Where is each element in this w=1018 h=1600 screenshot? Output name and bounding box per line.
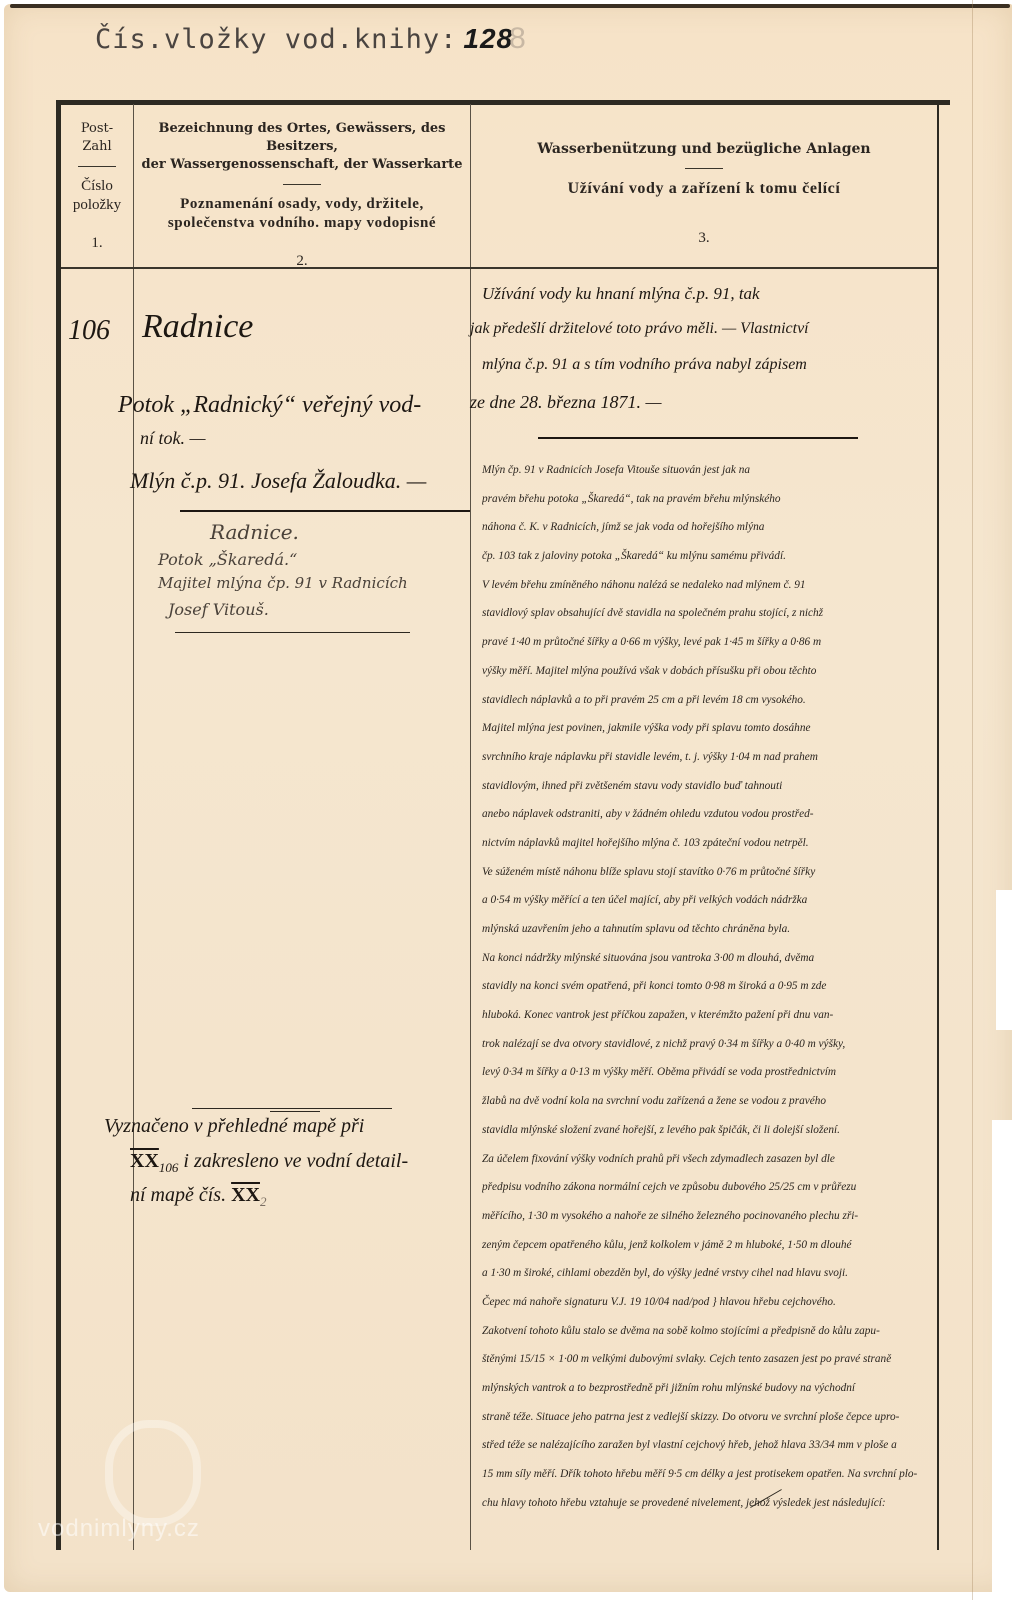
stream-name-line2: ní tok. — bbox=[140, 428, 206, 449]
description-line: Zakotvení tohoto kůlu stalo se dvěma na … bbox=[482, 1317, 932, 1346]
description-line: výšky měří. Majitel mlýna používá však v… bbox=[482, 657, 932, 686]
register-stamp: Čís.vložky vod.knihy:1288 bbox=[95, 22, 527, 56]
stamp-number: 128 bbox=[463, 23, 513, 54]
description-line: Za účelem fixování výšky vodních prahů p… bbox=[482, 1145, 932, 1174]
separator-line-accent bbox=[270, 1111, 320, 1112]
mill-underline bbox=[180, 510, 470, 512]
usage-line-4: ze dne 28. března 1871. — bbox=[470, 392, 662, 413]
table-top-border bbox=[58, 100, 950, 105]
page-tear bbox=[996, 890, 1018, 1030]
description-line: pravé 1·40 m průtočné šířky a 0·66 m výš… bbox=[482, 628, 932, 657]
description-line: nictvím náplavků majitel hořejšího mlýna… bbox=[482, 829, 932, 858]
col2-number: 2. bbox=[134, 253, 470, 270]
stamp-ghost-digit: 8 bbox=[509, 22, 527, 55]
column-header-2: Bezeichnung des Ortes, Gewässers, des Be… bbox=[134, 120, 470, 270]
description-line: trok nalézají se dva otvory stavidlové, … bbox=[482, 1030, 932, 1059]
description-line: a 0·54 m výšky měřící a ten účel mající,… bbox=[482, 886, 932, 915]
item-number: 106 bbox=[68, 315, 110, 347]
usage-underline bbox=[538, 437, 858, 439]
pencil-stream: Potok „Škaredá.“ bbox=[158, 550, 297, 569]
description-line: pravém břehu potoka „Škaredá“, tak na pr… bbox=[482, 485, 932, 514]
col1-czech: Číslo položky bbox=[67, 177, 127, 215]
page-tear bbox=[992, 1120, 1018, 1600]
header-dash bbox=[685, 168, 723, 169]
table-right-border bbox=[937, 104, 939, 1550]
col3-czech: Užívání vody a zařízení k tomu čelící bbox=[471, 179, 937, 198]
description-line: stavidlech náplavků a to při pravém 25 c… bbox=[482, 686, 932, 715]
description-line: stavidla mlýnské složení zvané hořejší, … bbox=[482, 1116, 932, 1145]
stream-name-line1: Potok „Radnický“ veřejný vod- bbox=[118, 392, 421, 419]
usage-line-2: jak předešlí držitelové toto právo měli.… bbox=[470, 320, 809, 338]
mill-owner: Mlýn č.p. 91. Josefa Žaloudka. — bbox=[130, 468, 426, 494]
description-line: Na konci nádržky mlýnské situována jsou … bbox=[482, 944, 932, 973]
detail-map-symbol: XX bbox=[231, 1184, 260, 1206]
col2-german-line2: der Wassergenossenschaft, der Wasserkart… bbox=[134, 156, 470, 174]
table-left-border bbox=[56, 100, 61, 1550]
description-line: hluboká. Konec vantrok jest příčkou zapa… bbox=[482, 1001, 932, 1030]
mill-description: Mlýn čp. 91 v Radnicích Josefa Vitouše s… bbox=[482, 456, 932, 1517]
description-line: stavidly na konci svém opatřená, při kon… bbox=[482, 972, 932, 1001]
map-note-line2: XX106 i zakresleno ve vodní detail- bbox=[130, 1150, 408, 1176]
watermark-wheel-icon bbox=[105, 1420, 201, 1526]
map-note-line3: ní mapě čís. XX2 bbox=[130, 1184, 266, 1210]
description-line: Mlýn čp. 91 v Radnicích Josefa Vitouše s… bbox=[482, 456, 932, 485]
detail-map-subscript: 2 bbox=[260, 1194, 267, 1209]
header-dash bbox=[283, 184, 321, 185]
description-line: levý 0·34 m šířky a 0·13 m výšky měří. O… bbox=[482, 1058, 932, 1087]
map-symbol: XX bbox=[130, 1150, 159, 1172]
separator-line bbox=[192, 1108, 392, 1109]
map-note-rest: i zakresleno ve vodní detail- bbox=[183, 1150, 408, 1172]
description-line: náhona č. K. v Radnicích, jímž se jak vo… bbox=[482, 513, 932, 542]
description-line: svrchního kraje náplavku při stavidle le… bbox=[482, 743, 932, 772]
pencil-owner-name: Josef Vitouš. bbox=[168, 600, 269, 619]
column-header-3: Wasserbenützung und bezügliche Anlagen U… bbox=[471, 140, 937, 247]
description-line: střed téže se nalézajícího zaražen byl v… bbox=[482, 1431, 932, 1460]
usage-line-1: Užívání vody ku hnaní mlýna č.p. 91, tak bbox=[482, 284, 760, 304]
pencil-underline bbox=[175, 632, 410, 633]
description-line: Čepec má nahoře signaturu V.J. 19 10/04 … bbox=[482, 1288, 932, 1317]
description-line: mlýnská uzavřením jeho a tahnutím splavu… bbox=[482, 915, 932, 944]
description-line: stavidlovým, ihned při zvětšeném stavu v… bbox=[482, 772, 932, 801]
col2-czech-line2: společenstva vodního. mapy vodopisné bbox=[134, 214, 470, 233]
col1-number: 1. bbox=[62, 235, 132, 252]
map-note-line1: Vyznačeno v přehledné mapě při bbox=[104, 1115, 364, 1138]
pencil-owner-line: Majitel mlýna čp. 91 v Radnicích bbox=[158, 574, 408, 592]
description-line: V levém břehu zmíněného náhonu nalézá se… bbox=[482, 571, 932, 600]
description-line: 15 mm síly měří. Dřík tohoto hřebu měří … bbox=[482, 1460, 932, 1489]
place-name: Radnice bbox=[142, 308, 253, 346]
description-line: stavidlový splav obsahující dvě stavidla… bbox=[482, 599, 932, 628]
col3-number: 3. bbox=[471, 230, 937, 247]
stamp-label: Čís.vložky vod.knihy: bbox=[95, 24, 457, 55]
description-line: předpisu vodního zákona normální cejch v… bbox=[482, 1173, 932, 1202]
description-line: straně téže. Situace jeho patrna jest z … bbox=[482, 1403, 932, 1432]
description-line: zeným čepcem opatřeného kůlu, jenž kolko… bbox=[482, 1231, 932, 1260]
column-header-1: Post-Zahl Číslo položky 1. bbox=[62, 120, 132, 252]
column-divider-1 bbox=[133, 104, 134, 1550]
pencil-place: Radnice. bbox=[210, 520, 299, 544]
header-dash bbox=[78, 166, 116, 167]
description-line: chu hlavy tohoto hřebu vztahuje se prove… bbox=[482, 1489, 932, 1518]
description-line: mlýnských vantrok a to bezprostředně při… bbox=[482, 1374, 932, 1403]
map-subscript: 106 bbox=[159, 1160, 179, 1175]
description-line: čp. 103 tak z jaloviny potoka „Škaredá“ … bbox=[482, 542, 932, 571]
description-line: Ve súženém místě náhonu blíže splavu sto… bbox=[482, 858, 932, 887]
page-edge bbox=[10, 4, 1010, 8]
description-line: anebo náplavek odstraniti, aby v žádném … bbox=[482, 800, 932, 829]
col1-german: Post-Zahl bbox=[75, 120, 119, 156]
col2-german-line1: Bezeichnung des Ortes, Gewässers, des Be… bbox=[134, 120, 470, 156]
description-line: štěnými 15/15 × 1·00 m velkými dubovými … bbox=[482, 1345, 932, 1374]
col3-german: Wasserbenützung und bezügliche Anlagen bbox=[471, 140, 937, 158]
watermark-text: vodnimlyny.cz bbox=[38, 1515, 200, 1543]
description-line: žlabů na dvě vodní kola na svrchní vodu … bbox=[482, 1087, 932, 1116]
map-note-text: ní mapě čís. bbox=[130, 1184, 226, 1206]
page-fold bbox=[972, 0, 973, 1600]
description-line: měřícího, 1·30 m vysokého a nahoře ze si… bbox=[482, 1202, 932, 1231]
description-line: Majitel mlýna jest povinen, jakmile výšk… bbox=[482, 714, 932, 743]
description-line: a 1·30 m široké, cihlami obezděn byl, do… bbox=[482, 1259, 932, 1288]
usage-line-3: mlýna č.p. 91 a s tím vodního práva naby… bbox=[482, 356, 807, 374]
col2-czech-line1: Poznamenání osady, vody, držitele, bbox=[134, 195, 470, 214]
